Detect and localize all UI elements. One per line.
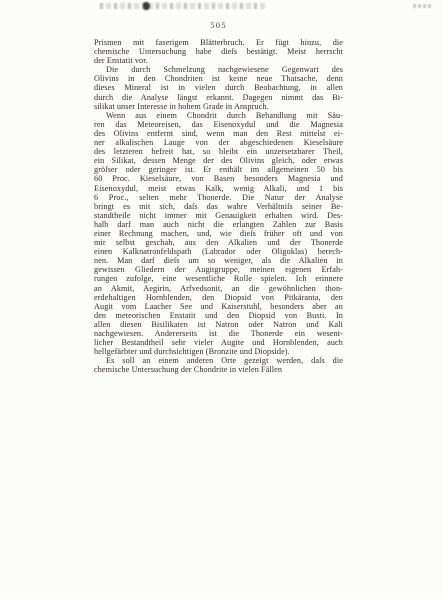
text-line: licher Bestandtheil sehr vieler Augite u… bbox=[94, 338, 343, 347]
text-line: einer Rechnung machen, und, wie dieſs fr… bbox=[94, 229, 343, 238]
text-line: ein Silikat, dessen Menge der des Olivin… bbox=[94, 156, 343, 165]
body-text-block: Prismen mit faserigem Blätterbruch. Er f… bbox=[94, 38, 343, 374]
text-line: Augit vom Laacher See und Kaiserstuhl, b… bbox=[94, 302, 343, 311]
scan-artifact-ink-blob bbox=[143, 2, 150, 10]
text-line: ner alkalischen Lauge von der abgeschied… bbox=[94, 138, 343, 147]
page-number: 505 bbox=[94, 20, 343, 30]
text-line: nachgewiesen. Andererseits ist die Thone… bbox=[94, 329, 343, 338]
text-line: des Olivins entfernt sind, wenn man den … bbox=[94, 129, 343, 138]
text-line: rungen zufolge, eine wesentliche Rolle s… bbox=[94, 274, 343, 283]
text-line: chemische Untersuchung habe dieſs bestät… bbox=[94, 47, 343, 56]
text-line: Eisenoxydul, meist etwas Kalk, wenig Alk… bbox=[94, 184, 343, 193]
scanned-book-page: 505 Prismen mit faserigem Blätterbruch. … bbox=[0, 0, 443, 599]
text-line: gröſser oder geringer ist. Er enthält im… bbox=[94, 165, 343, 174]
text-line: durch die Analyse längst erkannt. Dagege… bbox=[94, 93, 343, 102]
text-line: 6 Proc., selten mehr Thonerde. Die Natur… bbox=[94, 193, 343, 202]
paragraph: Prismen mit faserigem Blätterbruch. Er f… bbox=[94, 38, 343, 65]
text-line: hellgefärbter und durchsichtigen (Bronzi… bbox=[94, 347, 343, 356]
text-line: Wenn aus einem Chondrit durch Behandlung… bbox=[94, 111, 343, 120]
text-line: 60 Proc. Kieselsäure, von Basen besonder… bbox=[94, 174, 343, 183]
text-line: ren das Meteoreisen, das Eisenoxydul und… bbox=[94, 120, 343, 129]
text-line: allen diesen Bisilikaten ist Natron oder… bbox=[94, 320, 343, 329]
text-line: erdehaltigen Hornblenden, den Diopsid vo… bbox=[94, 293, 343, 302]
text-line: silikat unser Interesse in hohem Grade i… bbox=[94, 102, 343, 111]
text-line: mir selbst geschah, aus den Alkalien und… bbox=[94, 238, 343, 247]
text-line: chemische Untersuchung der Chondrite in … bbox=[94, 365, 343, 374]
scan-artifact-right-mark bbox=[413, 4, 431, 8]
paragraph: Wenn aus einem Chondrit durch Behandlung… bbox=[94, 111, 343, 357]
text-line: Prismen mit faserigem Blätterbruch. Er f… bbox=[94, 38, 343, 47]
text-line: halb darf man auch nicht die erlangten Z… bbox=[94, 220, 343, 229]
scan-artifact-top-marks bbox=[100, 3, 268, 9]
text-line: des letzteren befreit hat, so bleibt ein… bbox=[94, 147, 343, 156]
text-line: dieses Mineral ist in vielen durch Beoba… bbox=[94, 83, 343, 92]
text-line: standtheile nicht immer mit Genauigkeit … bbox=[94, 211, 343, 220]
text-line: einen Kalknatronfeldspath (Labrador oder… bbox=[94, 247, 343, 256]
text-line: Die durch Schmelzung nachgewiesene Gegen… bbox=[94, 65, 343, 74]
text-line: den meteorischen Enstatit und den Diopsi… bbox=[94, 311, 343, 320]
paragraph: Es soll an einem anderen Orte gezeigt we… bbox=[94, 356, 343, 374]
text-line: an Akmit, Aegirin, Arfvedsonit, an die g… bbox=[94, 284, 343, 293]
text-line: nen. Man darf dieſs um so weniger, als d… bbox=[94, 256, 343, 265]
text-line: der Enstatit vor. bbox=[94, 56, 343, 65]
text-line: gewissen Gliedern der Augitgruppe, meine… bbox=[94, 265, 343, 274]
text-line: bringt es mit sich, daſs das wahre Verhä… bbox=[94, 202, 343, 211]
text-line: Olivins in den Chondriten ist keine neue… bbox=[94, 74, 343, 83]
paragraph: Die durch Schmelzung nachgewiesene Gegen… bbox=[94, 65, 343, 110]
text-line: Es soll an einem anderen Orte gezeigt we… bbox=[94, 356, 343, 365]
